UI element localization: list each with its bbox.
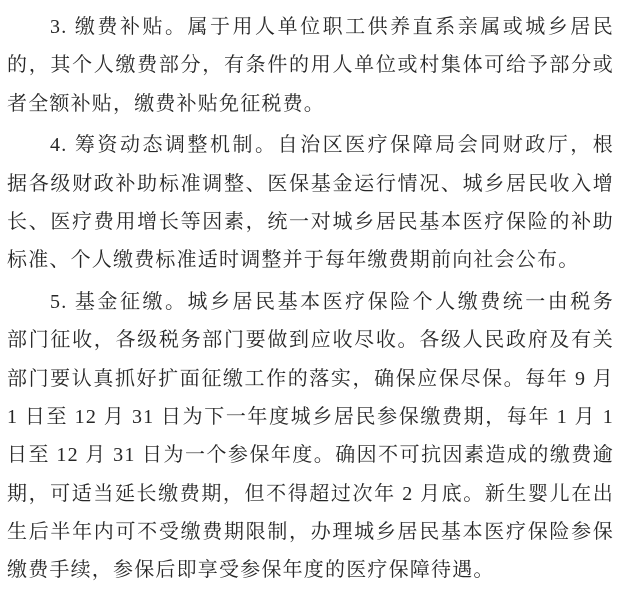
text-line: 部门征收，各级税务部门要做到应收尽收。各级人民政府及有关 (7, 321, 614, 359)
text-line: 部门要认真抓好扩面征缴工作的落实，确保应保尽保。每年 9 月 (7, 360, 614, 398)
paragraph-3-payment-subsidy: 3. 缴费补贴。属于用人单位职工供养直系亲属或城乡居民 的，其个人缴费部分，有条… (7, 8, 614, 123)
document-page: 3. 缴费补贴。属于用人单位职工供养直系亲属或城乡居民 的，其个人缴费部分，有条… (0, 0, 633, 594)
text-line: 4. 筹资动态调整机制。自治区医疗保障局会同财政厅，根 (7, 126, 614, 164)
text-line: 标准、个人缴费标准适时调整并于每年缴费期前向社会公布。 (7, 241, 614, 279)
text-line: 期，可适当延长缴费期，但不得超过次年 2 月底。新生婴儿在出 (7, 475, 614, 513)
text-line: 者全额补贴，缴费补贴免征税费。 (7, 85, 614, 123)
text-line: 长、医疗费用增长等因素，统一对城乡居民基本医疗保险的补助 (7, 203, 614, 241)
text-line: 缴费手续，参保后即享受参保年度的医疗保障待遇。 (7, 551, 614, 589)
text-line: 3. 缴费补贴。属于用人单位职工供养直系亲属或城乡居民 (7, 8, 614, 46)
text-line: 据各级财政补助标准调整、医保基金运行情况、城乡居民收入增 (7, 165, 614, 203)
paragraph-5-fund-collection: 5. 基金征缴。城乡居民基本医疗保险个人缴费统一由税务 部门征收，各级税务部门要… (7, 283, 614, 590)
text-line: 的，其个人缴费部分，有条件的用人单位或村集体可给予部分或 (7, 46, 614, 84)
text-line: 日至 12 月 31 日为一个参保年度。确因不可抗因素造成的缴费逾 (7, 436, 614, 474)
text-line: 1 日至 12 月 31 日为下一年度城乡居民参保缴费期，每年 1 月 1 (7, 398, 614, 436)
paragraph-4-funding-adjustment-mechanism: 4. 筹资动态调整机制。自治区医疗保障局会同财政厅，根 据各级财政补助标准调整、… (7, 126, 614, 280)
text-line: 5. 基金征缴。城乡居民基本医疗保险个人缴费统一由税务 (7, 283, 614, 321)
text-line: 生后半年内可不受缴费期限制，办理城乡居民基本医疗保险参保 (7, 513, 614, 551)
